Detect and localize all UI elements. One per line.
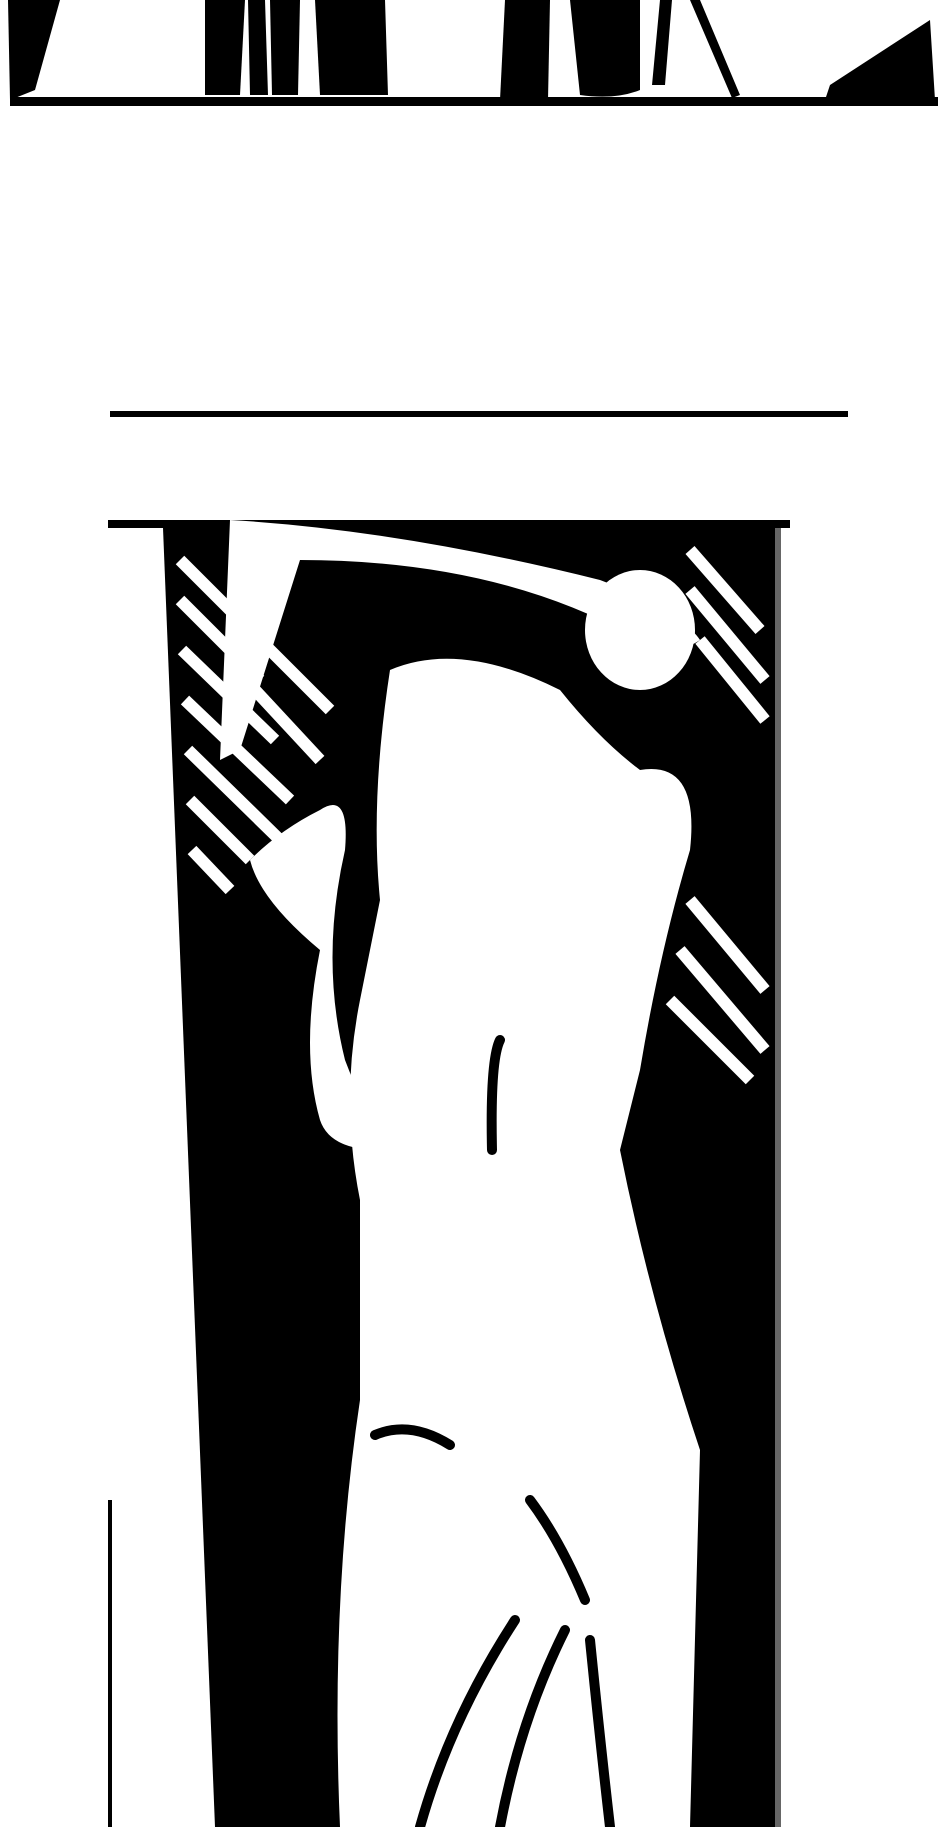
divider-line (110, 411, 848, 417)
upper-panel (8, 0, 938, 106)
lower-panel (108, 520, 790, 1827)
ink-drawing (0, 0, 940, 1827)
